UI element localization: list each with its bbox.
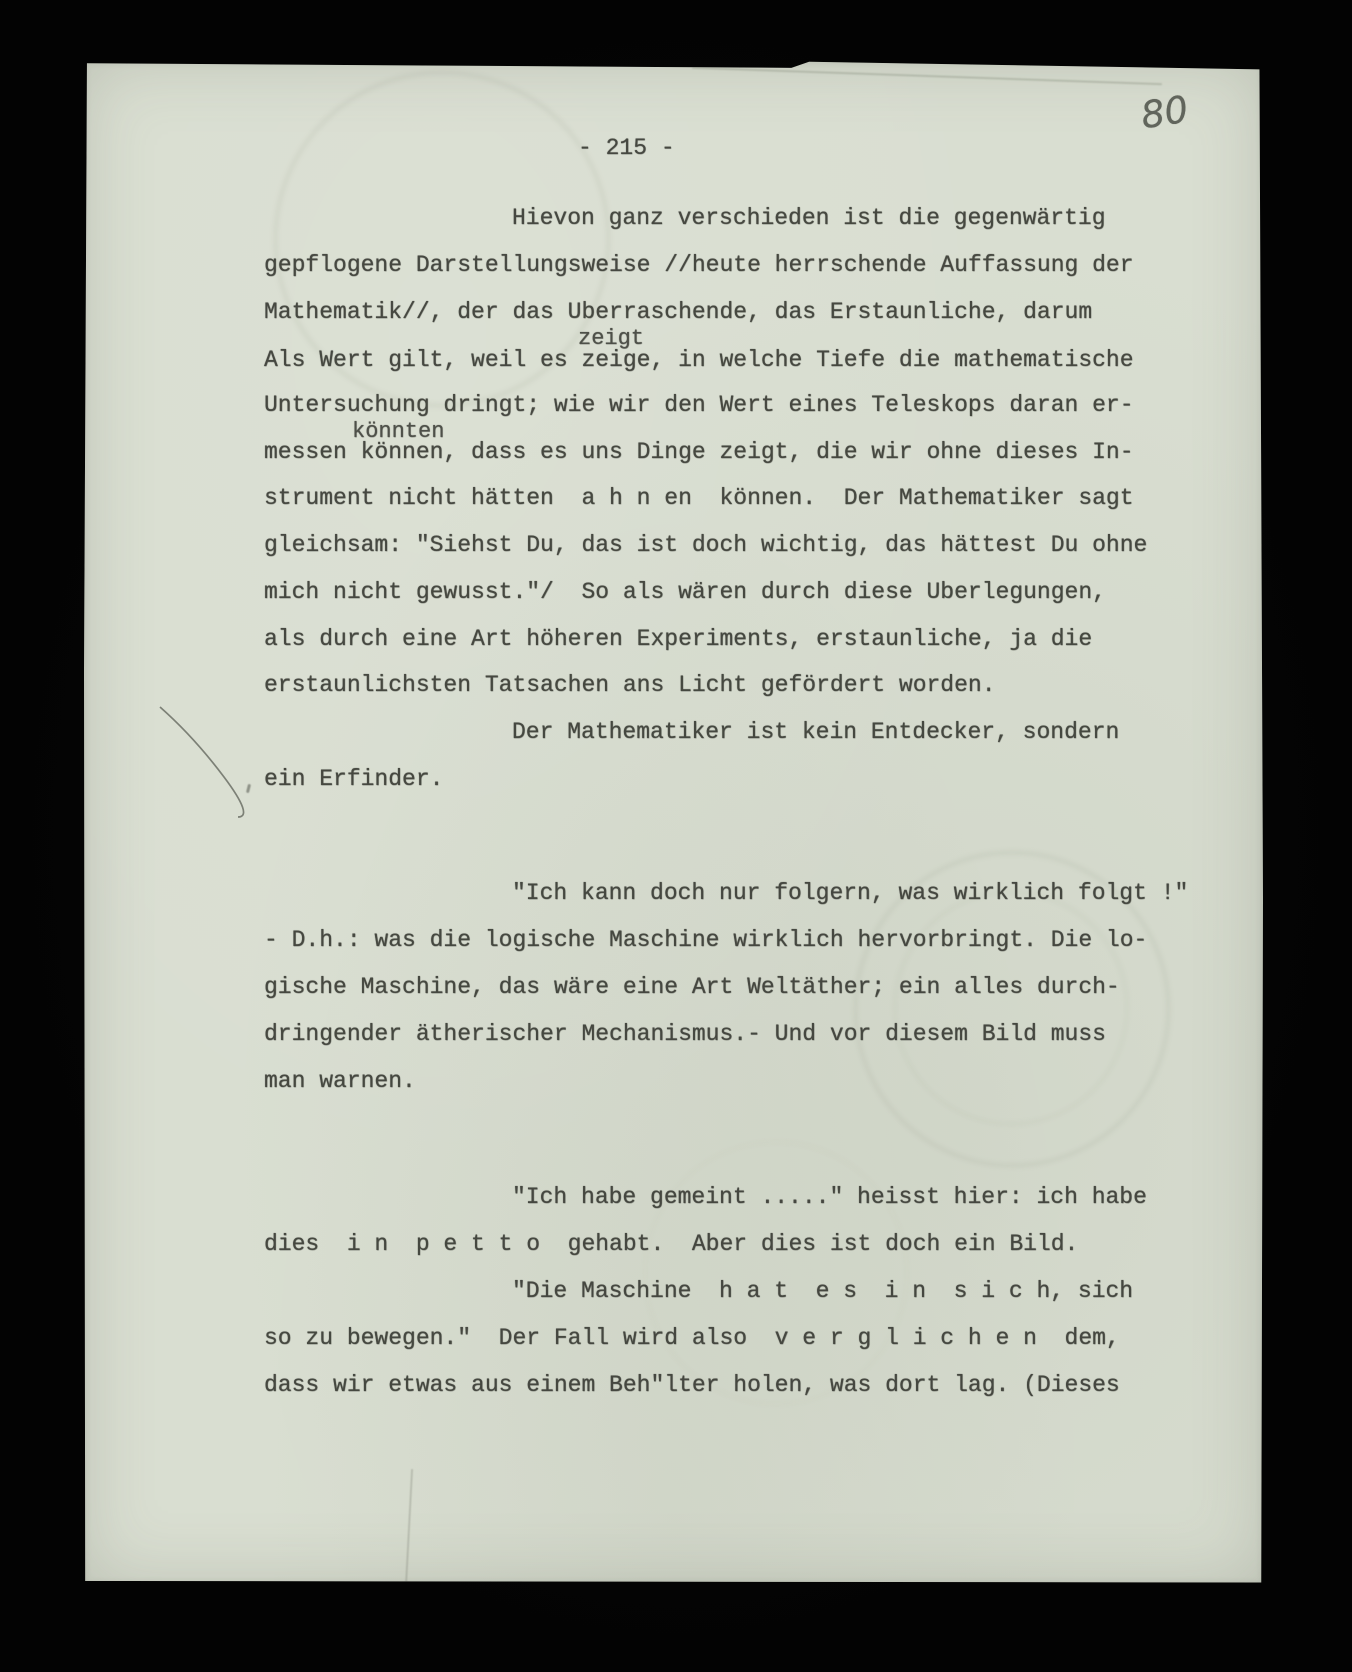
typed-line: dies i n p e t t o gehabt. Aber dies ist… (264, 1233, 1078, 1256)
typed-line: gleichsam: "Siehst Du, das ist doch wich… (264, 534, 1147, 557)
typed-line: Untersuchung dringt; wie wir den Wert ei… (264, 394, 1134, 417)
paper-crease (405, 1469, 413, 1587)
scan-background: - 215 - Hievon ganz verschieden ist die … (0, 0, 1352, 1672)
stamp-bleedthrough-icon (644, 1141, 908, 1405)
typed-line: "Die Maschine h a t e s i n s i c h, sic… (512, 1280, 1133, 1303)
typed-line: als durch eine Art höheren Experiments, … (264, 628, 1092, 651)
typed-line: dringender ätherischer Mechanismus.- Und… (264, 1023, 1106, 1046)
typed-line: Mathematik//, der das Uberraschende, das… (264, 301, 1092, 324)
typed-line: "Ich habe gemeint ....." heisst hier: ic… (512, 1186, 1147, 1209)
typed-line: Als Wert gilt, weil es zeige, in welche … (264, 349, 1134, 372)
folio-number-annotation: 80 (1138, 88, 1191, 138)
typed-line: man warnen. (264, 1070, 416, 1093)
typed-line: gepflogene Darstellungsweise //heute her… (264, 254, 1134, 277)
typed-line: Hievon ganz verschieden ist die gegenwär… (512, 207, 1106, 230)
typed-line: gische Maschine, das wäre eine Art Weltä… (264, 976, 1120, 999)
typed-line: erstaunlichsten Tatsachen ans Licht gefö… (264, 674, 996, 697)
typed-line: mich nicht gewusst."/ So als wären durch… (264, 581, 1106, 604)
typed-line: ein Erfinder. (264, 768, 443, 791)
typed-line: so zu bewegen." Der Fall wird also v e r… (264, 1327, 1120, 1350)
typed-line: dass wir etwas aus einem Beh"lter holen,… (264, 1374, 1120, 1397)
typed-line: - D.h.: was die logische Maschine wirkli… (264, 929, 1147, 952)
paper-crease (692, 67, 1162, 85)
typescript-page: - 215 - Hievon ganz verschieden ist die … (84, 61, 1263, 1584)
typed-line: strument nicht hätten a h n en können. D… (264, 487, 1134, 510)
typed-line: messen können, dass es uns Dinge zeigt, … (264, 441, 1134, 464)
pencil-mark (152, 689, 272, 829)
typed-line: "Ich kann doch nur folgern, was wirklich… (512, 882, 1188, 905)
page-number: - 215 - (578, 137, 675, 160)
typed-line: Der Mathematiker ist kein Entdecker, son… (512, 721, 1119, 744)
